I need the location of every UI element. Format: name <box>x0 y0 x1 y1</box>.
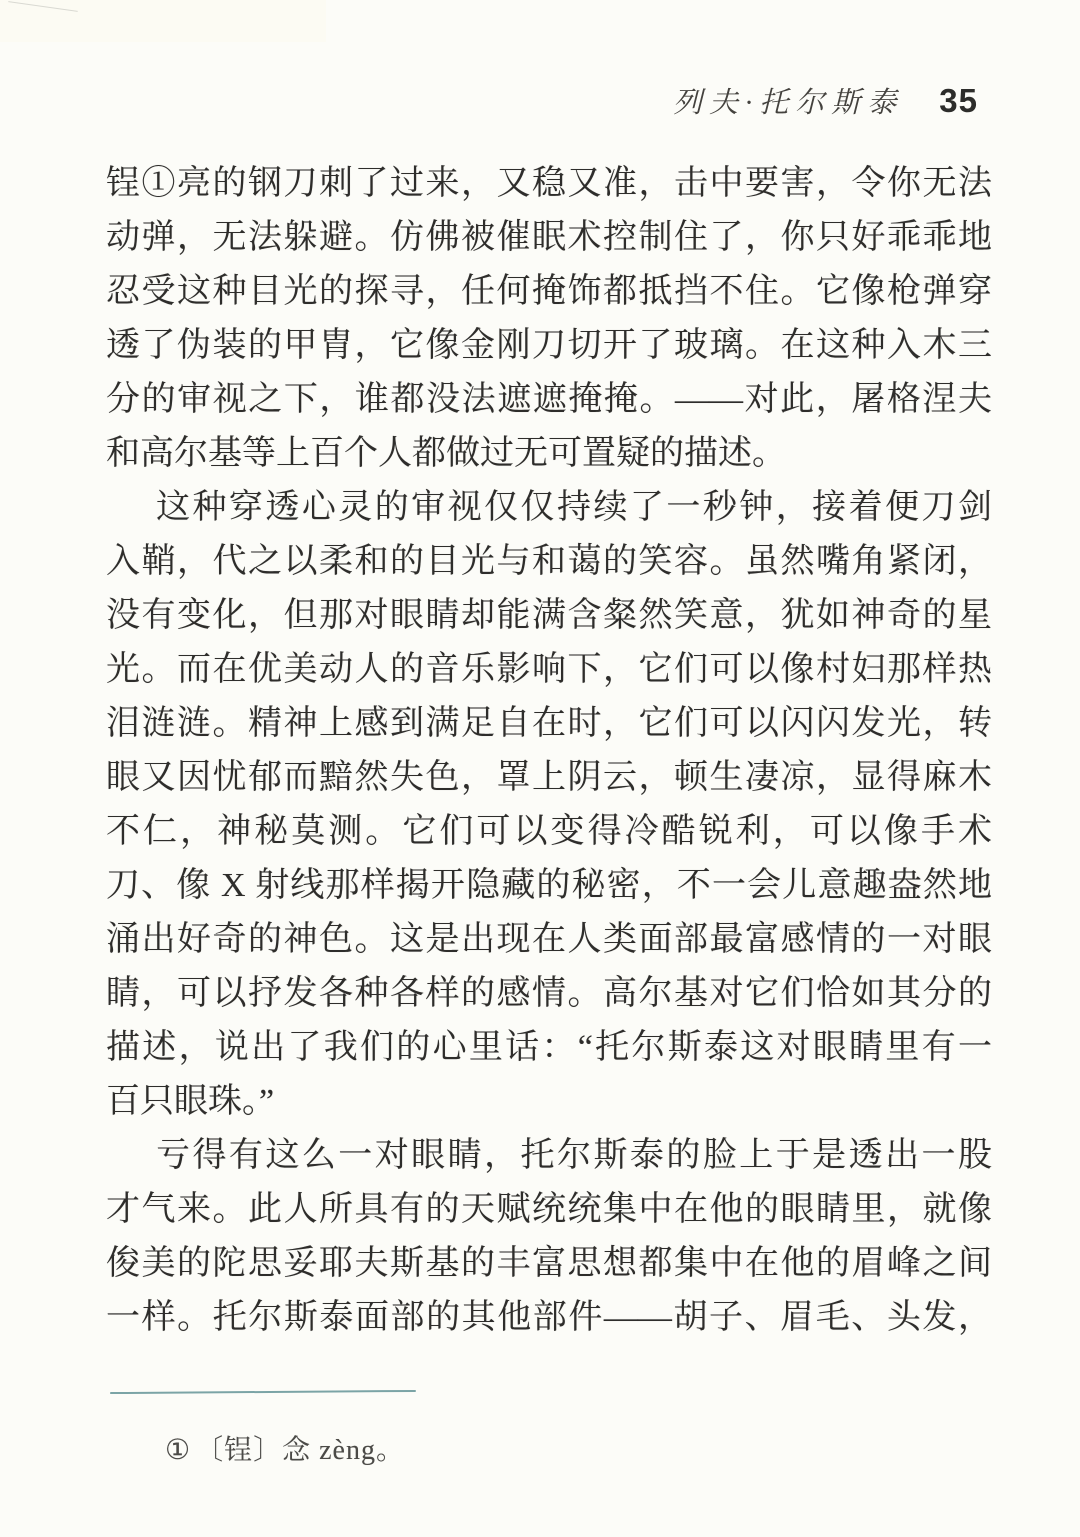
text-line: 不仁，神秘莫测。它们可以变得冷酷锐利，可以像手术 <box>106 805 992 859</box>
text-line: 入鞘，代之以柔和的目光与和蔼的笑容。虽然嘴角紧闭， <box>106 535 992 589</box>
text-line: 描述，说出了我们的心里话：“托尔斯泰这对眼睛里有一 <box>106 1021 992 1075</box>
text-line: 才气来。此人所具有的天赋统统集中在他的眼睛里，就像 <box>106 1183 992 1237</box>
text-line: 和高尔基等上百个人都做过无可置疑的描述。 <box>106 427 992 481</box>
page-header: 列夫·托尔斯泰 35 <box>673 80 978 121</box>
footnote-text: 〔锃〕念 zèng。 <box>195 1435 405 1466</box>
footnote-rule <box>110 1390 416 1394</box>
text-line: 俊美的陀思妥耶夫斯基的丰富思想都集中在他的眉峰之间 <box>106 1237 992 1291</box>
text-line: 没有变化，但那对眼睛却能满含粲然笑意，犹如神奇的星 <box>106 589 992 643</box>
lesson-title: 列夫·托尔斯泰 <box>673 80 903 121</box>
text-line: 透了伪装的甲胄，它像金刚刀切开了玻璃。在这种入木三 <box>106 319 992 373</box>
footnote-marker: ① <box>165 1435 191 1466</box>
text-line: 百只眼珠。” <box>106 1075 992 1129</box>
text-line: 分的审视之下，谁都没法遮遮掩掩。——对此，屠格涅夫 <box>106 373 992 427</box>
footnote: ①〔锃〕念 zèng。 <box>165 1430 405 1472</box>
text-line: 睛，可以抒发各种各样的感情。高尔基对它们恰如其分的 <box>106 967 992 1021</box>
text-line: 刀、像 X 射线那样揭开隐藏的秘密，不一会儿意趣盎然地 <box>106 859 992 913</box>
book-page: 列夫·托尔斯泰 35 锃①亮的钢刀刺了过来，又稳又准，击中要害，令你无法动弹，无… <box>0 0 1080 1537</box>
text-line: 这种穿透心灵的审视仅仅持续了一秒钟，接着便刀剑 <box>106 481 992 535</box>
paragraph: 亏得有这么一对眼睛，托尔斯泰的脸上于是透出一股才气来。此人所具有的天赋统统集中在… <box>106 1129 992 1345</box>
text-line: 泪涟涟。精神上感到满足自在时，它们可以闪闪发光，转 <box>106 697 992 751</box>
page-number: 35 <box>939 82 978 120</box>
text-line: 忍受这种目光的探寻，任何掩饰都抵挡不住。它像枪弹穿 <box>106 265 992 319</box>
paragraph: 锃①亮的钢刀刺了过来，又稳又准，击中要害，令你无法动弹，无法躲避。仿佛被催眠术控… <box>106 157 992 481</box>
paragraph: 这种穿透心灵的审视仅仅持续了一秒钟，接着便刀剑入鞘，代之以柔和的目光与和蔼的笑容… <box>106 481 992 1129</box>
text-line: 动弹，无法躲避。仿佛被催眠术控制住了，你只好乖乖地 <box>106 211 992 265</box>
text-line: 亏得有这么一对眼睛，托尔斯泰的脸上于是透出一股 <box>106 1129 992 1183</box>
text-line: 锃①亮的钢刀刺了过来，又稳又准，击中要害，令你无法 <box>106 157 992 211</box>
text-line: 涌出好奇的神色。这是出现在人类面部最富感情的一对眼 <box>106 913 992 967</box>
text-body: 锃①亮的钢刀刺了过来，又稳又准，击中要害，令你无法动弹，无法躲避。仿佛被催眠术控… <box>106 157 992 1345</box>
text-line: 光。而在优美动人的音乐影响下，它们可以像村妇那样热 <box>106 643 992 697</box>
text-line: 眼又因忧郁而黯然失色，罩上阴云，顿生凄凉，显得麻木 <box>106 751 992 805</box>
text-line: 一样。托尔斯泰面部的其他部件——胡子、眉毛、头发， <box>106 1291 992 1345</box>
